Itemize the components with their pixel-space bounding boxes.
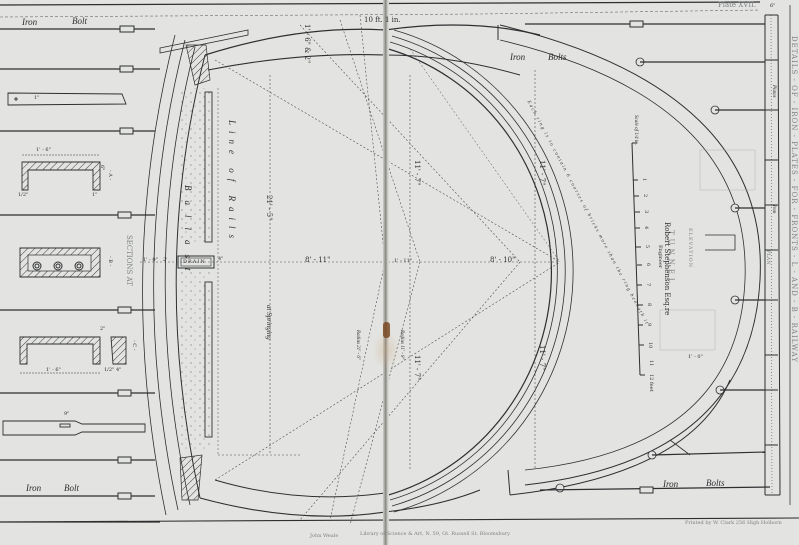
section-a-drawing (22, 155, 100, 190)
scale-tick-7: 7 (645, 283, 650, 286)
engineer-role: Engineer (657, 245, 662, 268)
scale-tick-4: 4 (643, 226, 648, 229)
scale-tick-1: 1 (641, 178, 646, 181)
ring-lugs (556, 58, 739, 492)
plate-dim: 1' - 0" (688, 355, 703, 360)
radius-right: Radius 11' - 8" (399, 330, 404, 360)
left-bolt-label-bottom-2: Bolt (64, 484, 79, 493)
vdim-2: 11' - 7" (538, 160, 545, 185)
drawing-linework (0, 0, 799, 545)
vdim-3: 11' - 7" (413, 355, 420, 380)
section-c-label: - C - (131, 340, 136, 350)
right-bolts (525, 21, 770, 493)
scale-tick-8: 8 (646, 303, 651, 306)
strap-detail (8, 93, 126, 105)
elevation-label: ELEVATION (687, 228, 692, 268)
scale-tick-5: 5 (644, 245, 649, 248)
scale-tick-2: 2 (642, 194, 647, 197)
side-dim-2: 2' (163, 258, 168, 263)
scale-tick-9: 9 (646, 323, 651, 326)
scale-tick-11: 11 (648, 360, 653, 366)
rust-stain (383, 322, 390, 338)
section-a-flange-right: 1" (92, 193, 97, 198)
side-dim-1: 1' - 0" (143, 258, 158, 263)
scale-tick-6: 6 (645, 263, 650, 266)
top-gauge-dim: 10 ft. 1 in. (364, 17, 401, 24)
engineer-name: Robert Stephenson Esq.re (663, 222, 670, 315)
drain-dim: 4" (218, 257, 223, 262)
ballast-label: Ballast (183, 185, 192, 281)
plate-number: Plate XVII. (718, 2, 756, 9)
section-c-dim1: 2" (100, 327, 105, 332)
vdim-1: 11' - 7" (413, 160, 420, 185)
section-c-width: 1' - 6" (46, 368, 61, 373)
section-a-width: 1' - 6" (36, 148, 51, 153)
book-gutter (383, 0, 389, 545)
left-bolt-label-top-1: Iron (22, 18, 37, 27)
scale-tick-12: 12 feet (648, 374, 653, 392)
line-of-rails-label: Line of Rails (227, 120, 236, 244)
section-b-drawing (20, 248, 100, 277)
plan-label: PLAN (765, 250, 770, 265)
iron-label-side: Iron (771, 205, 776, 213)
right-bolt-label-top-2: Bolts (548, 53, 567, 62)
plates-label-side: Plates (771, 85, 776, 98)
section-b-label: - B - (107, 256, 112, 266)
fish-plate-dim: 9" (64, 412, 69, 417)
radius-left: Radius 21' - 6" (355, 330, 360, 360)
left-bolt-label-bottom-1: Iron (26, 484, 41, 493)
section-c-dim2: 1/2" (104, 368, 114, 373)
fish-plate-detail (3, 421, 145, 435)
scale-tick-10: 10 (647, 342, 652, 348)
top-right-dim: 6" (770, 4, 775, 9)
gap-dim: 1' - 11" (394, 259, 412, 264)
right-bolt-label-top-1: Iron (510, 53, 525, 62)
vdim-4: 11' - 7" (538, 345, 545, 370)
section-a-label: - A - (107, 170, 112, 180)
at-springing-label: at Springing (265, 305, 272, 340)
section-a-height: 6" (99, 165, 104, 170)
right-bolt-label-bottom-2: Bolts (706, 479, 725, 488)
imprint-left: John Weale (310, 534, 338, 539)
strap-dim-right: 1" (34, 96, 39, 101)
imprint-right: Printed by W. Clark 256 High Holborn (685, 521, 782, 526)
scale-label: Scale of 1/4 in. (633, 115, 638, 145)
scale-tick-3: 3 (643, 210, 648, 213)
half-span-left: 8' - 11" (305, 257, 330, 264)
left-bolt-label-top-2: Bolt (72, 17, 87, 26)
right-bolt-label-bottom-1: Iron (663, 480, 678, 489)
brick-rings (385, 30, 573, 512)
section-a-flange-left: 1/2" (18, 193, 28, 198)
crown-thickness-dim: 1' - 6" & 2" (303, 24, 310, 63)
sections-at-label: SECTIONS AT (125, 235, 132, 286)
height-dim: 21' - 5" (265, 195, 272, 220)
springing-block (180, 455, 202, 500)
half-span-right: 8' - 10" (490, 257, 515, 264)
section-c-dim3: 4" (116, 368, 121, 373)
crown-block (186, 45, 210, 85)
plate-title: DETAILS - OF - IRON - PLATES - FOR - FRO… (790, 36, 797, 363)
imprint-center: Library of Science & Art, N. 59, Gt. Rus… (360, 532, 510, 537)
iron-plate-ring (498, 25, 760, 495)
engineering-plate: Plate XVII. 6" 10 ft. 1 in. 1' - 6" & 2"… (0, 0, 799, 545)
